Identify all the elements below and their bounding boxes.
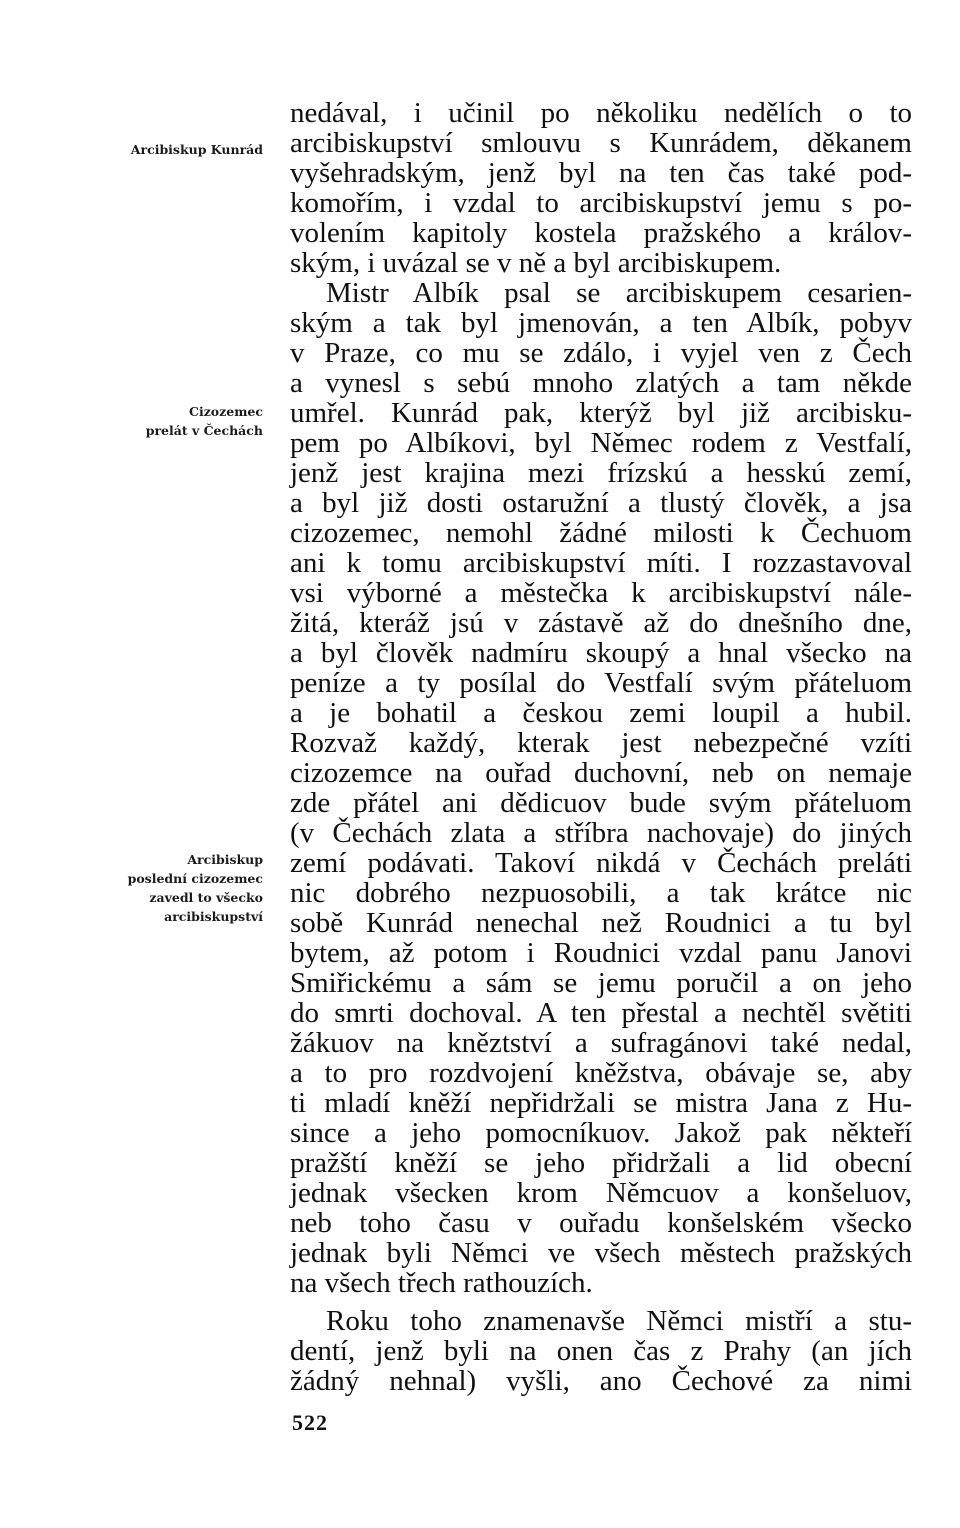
paragraph-1: nedával, i učinil po několiku nedělích o… bbox=[290, 98, 912, 278]
text-line: jednak byli Němci ve všech městech pražs… bbox=[290, 1238, 912, 1268]
text-line: jenž jest krajina mezi frízskú a hesskú … bbox=[290, 458, 912, 488]
paragraph-2: Mistr Albík psal se arcibiskupem cesarie… bbox=[290, 278, 912, 1298]
text-line: dentí, jenž byli na onen čas z Prahy (an… bbox=[290, 1336, 912, 1366]
margin-note-line: Arcibiskup bbox=[63, 850, 263, 869]
text-line: cizozemec, nemohl žádné milosti k Čechuo… bbox=[290, 518, 912, 548]
text-line: vsi výborné a městečka k arcibiskupství … bbox=[290, 578, 912, 608]
text-line: na všech třech rathouzích. bbox=[290, 1268, 912, 1298]
margin-note-line: Arcibiskup Kunrád bbox=[63, 140, 263, 159]
text-line: a to pro rozdvojení kněžstva, obávaje se… bbox=[290, 1058, 912, 1088]
text-line: volením kapitoly kostela pražského a krá… bbox=[290, 218, 912, 248]
text-line: a vynesl s sebú mnoho zlatých a tam někd… bbox=[290, 368, 912, 398]
text-line: v Praze, co mu se zdálo, i vyjel ven z Č… bbox=[290, 338, 912, 368]
text-line: ským, i uvázal se v ně a byl arcibiskupe… bbox=[290, 248, 912, 278]
text-line: ti mladí kněží nepřidržali se mistra Jan… bbox=[290, 1088, 912, 1118]
text-line: ani k tomu arcibiskupství míti. I rozzas… bbox=[290, 548, 912, 578]
margin-note-line: prelát v Čechách bbox=[63, 421, 263, 440]
text-line: zemí podávati. Takoví nikdá v Čechách pr… bbox=[290, 848, 912, 878]
text-line: do smrti dochoval. A ten přestal a necht… bbox=[290, 998, 912, 1028]
margin-note-arcibiskup-kunrad: Arcibiskup Kunrád bbox=[63, 140, 263, 159]
margin-note-arcibiskup-posledni: Arcibiskup poslední cizozemec zavedl to … bbox=[63, 850, 263, 926]
text-line: sobě Kunrád nenechal než Roudnici a tu b… bbox=[290, 908, 912, 938]
text-line: arcibiskupství smlouvu s Kunrádem, děkan… bbox=[290, 128, 912, 158]
text-line: since a jeho pomocníkuov. Jakož pak někt… bbox=[290, 1118, 912, 1148]
text-line: neb toho času v ouřadu konšelském všecko bbox=[290, 1208, 912, 1238]
text-line: (v Čechách zlata a stříbra nachovaje) do… bbox=[290, 818, 912, 848]
text-line: jednak všecken krom Němcuov a konšeluov, bbox=[290, 1178, 912, 1208]
text-line: a byl člověk nadmíru skoupý a hnal všeck… bbox=[290, 638, 912, 668]
text-line: komořím, i vzdal to arcibiskupství jemu … bbox=[290, 188, 912, 218]
text-line: Mistr Albík psal se arcibiskupem cesarie… bbox=[290, 278, 912, 308]
text-line: cizozemce na ouřad duchovní, neb on nema… bbox=[290, 758, 912, 788]
margin-note-cizozemec-prelat: Cizozemec prelát v Čechách bbox=[63, 402, 263, 440]
text-line: a byl již dosti ostaružní a tlustý člově… bbox=[290, 488, 912, 518]
body-text: nedával, i učinil po několiku nedělích o… bbox=[290, 98, 912, 1396]
text-line: peníze a ty posílal do Vestfalí svým přá… bbox=[290, 668, 912, 698]
text-line: nedával, i učinil po několiku nedělích o… bbox=[290, 98, 912, 128]
text-line: bytem, až potom i Roudnici vzdal panu Ja… bbox=[290, 938, 912, 968]
book-page: Arcibiskup Kunrád Cizozemec prelát v Čec… bbox=[0, 0, 960, 1528]
margin-note-line: zavedl to všecko bbox=[63, 888, 263, 907]
text-line: pražští kněží se jeho přidržali a lid ob… bbox=[290, 1148, 912, 1178]
text-line: umřel. Kunrád pak, kterýž byl již arcibi… bbox=[290, 398, 912, 428]
margin-note-line: poslední cizozemec bbox=[63, 869, 263, 888]
text-line: vyšehradským, jenž byl na ten čas také p… bbox=[290, 158, 912, 188]
paragraph-3: Roku toho znamenavše Němci mistří a stu-… bbox=[290, 1306, 912, 1396]
text-line: žákuov na kněztství a sufragánovi také n… bbox=[290, 1028, 912, 1058]
text-line: nic dobrého nezpuosobili, a tak krátce n… bbox=[290, 878, 912, 908]
margin-note-line: Cizozemec bbox=[63, 402, 263, 421]
text-line: žádný nehnal) vyšli, ano Čechové za nimi bbox=[290, 1366, 912, 1396]
text-line: a je bohatil a českou zemi loupil a hubi… bbox=[290, 698, 912, 728]
text-line: zde přátel ani dědicuov bude svým přátel… bbox=[290, 788, 912, 818]
text-line: Rozvaž každý, kterak jest nebezpečné vzí… bbox=[290, 728, 912, 758]
text-line: pem po Albíkovi, byl Němec rodem z Vestf… bbox=[290, 428, 912, 458]
text-line: Smiřickému a sám se jemu poručil a on je… bbox=[290, 968, 912, 998]
text-line: žitá, kteráž jsú v zástavě až do dnešníh… bbox=[290, 608, 912, 638]
text-line: ským a tak byl jmenován, a ten Albík, po… bbox=[290, 308, 912, 338]
text-line: Roku toho znamenavše Němci mistří a stu- bbox=[290, 1306, 912, 1336]
margin-note-line: arcibiskupství bbox=[63, 907, 263, 926]
page-number: 522 bbox=[292, 1410, 328, 1436]
